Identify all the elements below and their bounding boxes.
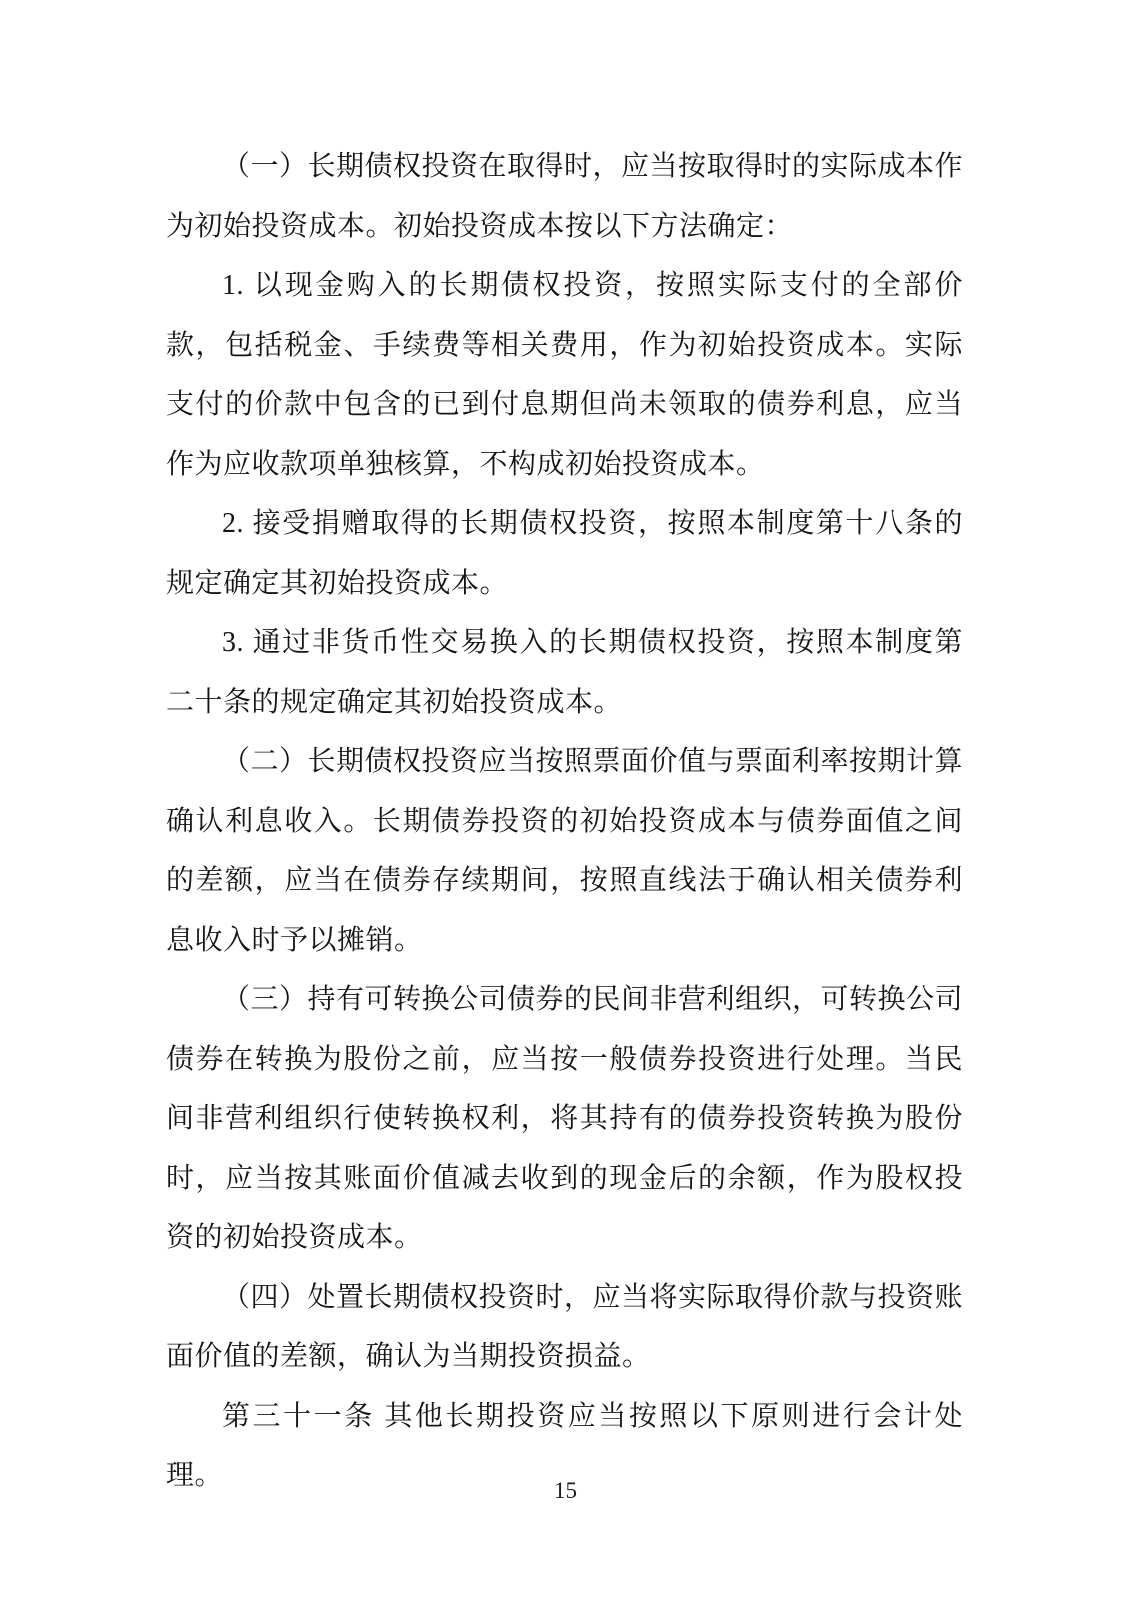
paragraph-list-1-cash-purchase: 1. 以现金购入的长期债权投资，按照实际支付的全部价款，包括税金、手续费等相关费… <box>166 256 963 494</box>
paragraph-item-3-convertible-bonds: （三）持有可转换公司债券的民间非营利组织，可转换公司债券在转换为股份之前，应当按… <box>166 970 963 1268</box>
paragraph-item-2-interest-income: （二）长期债权投资应当按照票面价值与票面利率按期计算确认利息收入。长期债券投资的… <box>166 732 963 970</box>
paragraph-list-2-donation: 2. 接受捐赠取得的长期债权投资，按照本制度第十八条的规定确定其初始投资成本。 <box>166 494 963 613</box>
document-body: （一）长期债权投资在取得时，应当按取得时的实际成本作为初始投资成本。初始投资成本… <box>166 137 963 1506</box>
paragraph-item-4-disposal: （四）处置长期债权投资时，应当将实际取得价款与投资账面价值的差额，确认为当期投资… <box>166 1268 963 1387</box>
paragraph-item-1-intro: （一）长期债权投资在取得时，应当按取得时的实际成本作为初始投资成本。初始投资成本… <box>166 137 963 256</box>
page-number: 15 <box>0 1478 1131 1504</box>
document-page: （一）长期债权投资在取得时，应当按取得时的实际成本作为初始投资成本。初始投资成本… <box>0 0 1131 1600</box>
paragraph-list-3-nonmonetary-exchange: 3. 通过非货币性交易换入的长期债权投资，按照本制度第二十条的规定确定其初始投资… <box>166 613 963 732</box>
